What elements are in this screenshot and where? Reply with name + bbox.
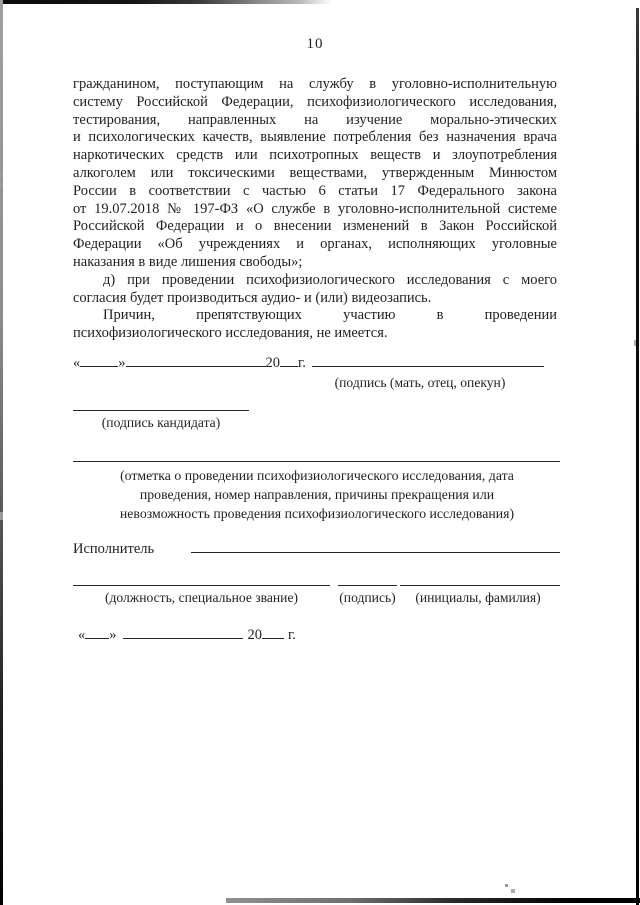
scan-edge-top	[0, 0, 332, 4]
text-line: Федерации «Об учреждениях и органах, исп…	[73, 236, 557, 254]
text-line: России в соответствии с частью 6 статьи …	[73, 183, 557, 201]
year-prefix: 20	[266, 355, 281, 371]
blank-day	[85, 626, 109, 639]
guillemet-open: «	[78, 627, 85, 643]
blank-executor	[191, 540, 560, 553]
text-line: алкоголем или токсическими веществами, у…	[73, 165, 557, 183]
scan-artifact-dot	[511, 889, 515, 893]
date-line-parent: «»20г.	[73, 354, 557, 372]
text-line: систему Российской Федерации, психофизио…	[73, 94, 557, 112]
text-line: тестирования, направленных на изучение м…	[73, 112, 557, 130]
date-line-bottom: «»20г.	[78, 626, 296, 644]
caption-name: (инициалы, фамилия)	[396, 589, 560, 606]
executor-row: Исполнитель	[73, 540, 560, 558]
caption-line: (отметка о проведении психофизиологическ…	[60, 466, 574, 485]
blank-year	[280, 354, 298, 367]
blank-signature	[338, 585, 397, 586]
scan-artifact	[0, 183, 3, 188]
blank-note-line	[73, 461, 560, 462]
blank-position	[73, 585, 330, 586]
text-line: наказания в виде лишения свободы»;	[73, 254, 557, 272]
executor-label: Исполнитель	[73, 541, 154, 558]
text-line: Причин, препятствующих участию в проведе…	[73, 307, 557, 325]
year-suffix: г.	[298, 355, 306, 371]
scan-artifact-dot	[505, 884, 508, 887]
blank-month	[123, 626, 243, 639]
scan-artifact	[634, 340, 636, 346]
caption-parent-signature: (подпись (мать, отец, опекун)	[300, 374, 540, 391]
text-line: д) при проведении психофизиологического …	[73, 272, 557, 290]
blank-day	[80, 354, 118, 367]
scan-edge-left	[0, 0, 3, 905]
guillemet-close: »	[118, 355, 125, 371]
text-line: Российской Федерации и о внесении измене…	[73, 218, 557, 236]
blank-parent-signature	[312, 354, 544, 367]
note-caption: (отметка о проведении психофизиологическ…	[60, 466, 574, 523]
scan-artifact	[0, 512, 3, 520]
caption-candidate-signature: (подпись кандидата)	[73, 414, 249, 431]
scan-edge-right	[636, 8, 639, 905]
guillemet-close: »	[109, 627, 116, 643]
scan-artifact	[0, 172, 3, 178]
text-line: согласия будет производиться аудио- и (и…	[73, 290, 557, 308]
text-line: от 19.07.2018 № 197-ФЗ «О службе в уголо…	[73, 201, 557, 219]
blank-month	[126, 354, 266, 367]
caption-signature: (подпись)	[330, 589, 405, 606]
text-line: психофизиологического исследования, не и…	[73, 325, 557, 343]
year-prefix: 20	[248, 627, 263, 643]
text-line: гражданином, поступающим на службу в уго…	[73, 76, 557, 94]
page-number: 10	[73, 36, 557, 53]
blank-year	[262, 626, 284, 639]
blank-name	[400, 585, 560, 586]
text-line: и психологических качеств, выявление пот…	[73, 129, 557, 147]
text-line: наркотических средств или психотропных в…	[73, 147, 557, 165]
blank-candidate-signature	[73, 410, 249, 411]
scan-edge-bottom	[226, 898, 640, 903]
body-text: гражданином, поступающим на службу в уго…	[73, 76, 557, 343]
document-page: 10 гражданином, поступающим на службу в …	[0, 0, 640, 905]
guillemet-open: «	[73, 355, 80, 371]
caption-line: невозможность проведения психофизиологич…	[60, 504, 574, 523]
caption-line: проведения, номер направления, причины п…	[60, 485, 574, 504]
year-suffix: г.	[288, 627, 296, 643]
caption-position: (должность, специальное звание)	[73, 589, 330, 606]
